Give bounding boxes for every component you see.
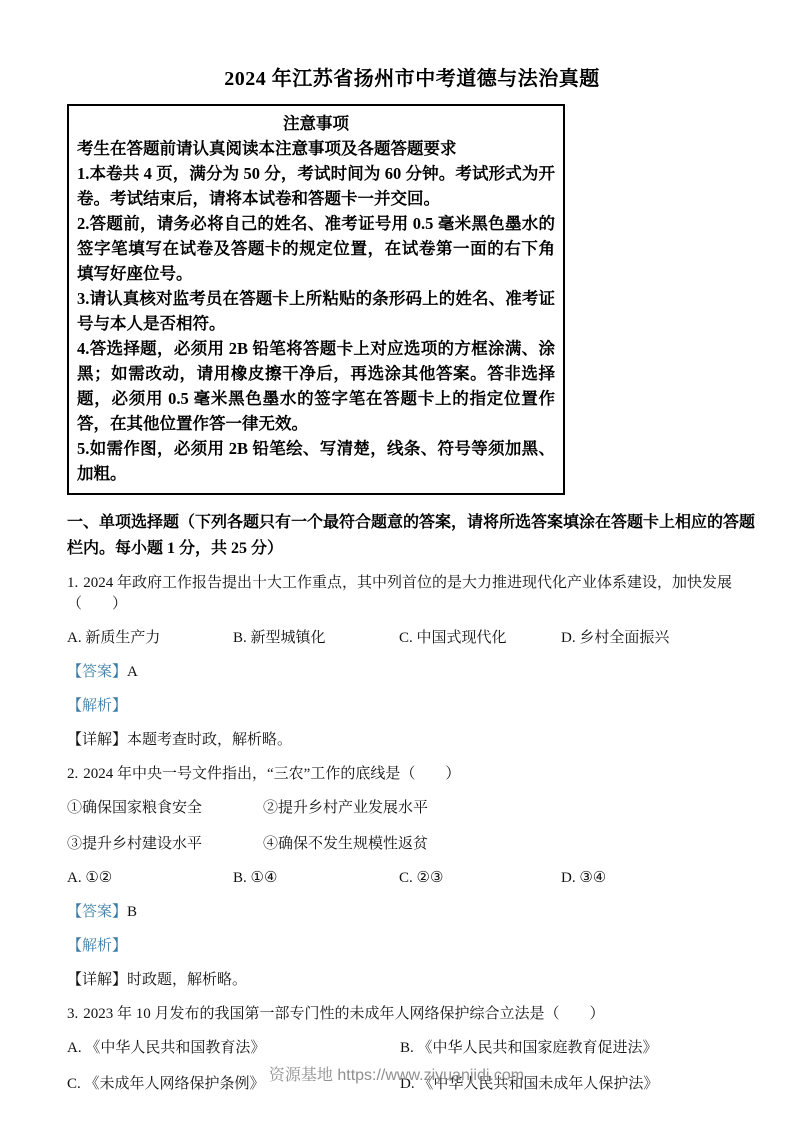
option-b: B. 《中华人民共和国家庭教育促进法》 [400, 1038, 757, 1059]
answer-label: 【答案】 [67, 904, 127, 920]
notice-item-4: 4.答选择题，必须用 2B 铅笔将答题卡上对应选项的方框涂满、涂黑；如需改动，请… [77, 336, 555, 436]
notice-box: 注意事项 考生在答题前请认真阅读本注意事项及各题答题要求 1.本卷共 4 页，满… [67, 104, 565, 495]
detail-text: 时政题，解析略。 [127, 972, 247, 988]
option-a: A. ①② [67, 868, 233, 889]
option-b: B. 新型城镇化 [233, 628, 399, 649]
notice-item-1: 1.本卷共 4 页，满分为 50 分，考试时间为 60 分钟。考试形式为开卷。考… [77, 161, 555, 211]
detail-label: 【详解】 [67, 732, 127, 748]
exam-page: 2024 年江苏省扬州市中考道德与法治真题 注意事项 考生在答题前请认真阅读本注… [0, 0, 793, 1095]
question-1: 1.2024 年政府工作报告提出十大工作重点，其中列首位的是大力推进现代化产业体… [67, 573, 757, 751]
question-2-number: 2. [67, 766, 78, 782]
option-c: C. ②③ [399, 868, 561, 889]
subitem-3: ③提升乡村建设水平 [67, 834, 263, 855]
question-3-text: 3.2023 年 10 月发布的我国第一部专门性的未成年人网络保护综合立法是（ … [67, 1004, 757, 1025]
section-heading: 一、单项选择题（下列各题只有一个最符合题意的答案，请将所选答案填涂在答题卡上相应… [67, 510, 757, 562]
answer-value: A [127, 664, 138, 680]
option-c: C. 中国式现代化 [399, 628, 561, 649]
notice-heading: 注意事项 [77, 111, 555, 136]
question-1-text: 1.2024 年政府工作报告提出十大工作重点，其中列首位的是大力推进现代化产业体… [67, 573, 757, 615]
subitem-2: ②提升乡村产业发展水平 [263, 798, 757, 819]
question-1-stem: 2024 年政府工作报告提出十大工作重点，其中列首位的是大力推进现代化产业体系建… [67, 575, 732, 612]
question-3-number: 3. [67, 1006, 78, 1022]
option-a: A. 新质生产力 [67, 628, 233, 649]
notice-item-2: 2.答题前，请务必将自己的姓名、准考证号用 0.5 毫米黑色墨水的签字笔填写在试… [77, 211, 555, 286]
question-2-answer-line: 【答案】B [67, 902, 757, 923]
detail-label: 【详解】 [67, 972, 127, 988]
question-1-detail-line: 【详解】本题考查时政，解析略。 [67, 730, 757, 751]
question-1-answer-line: 【答案】A [67, 662, 757, 683]
analysis-label: 【解析】 [67, 698, 127, 714]
question-3-stem: 2023 年 10 月发布的我国第一部专门性的未成年人网络保护综合立法是（ ） [83, 1006, 604, 1022]
subitem-1: ①确保国家粮食安全 [67, 798, 263, 819]
option-d: D. 乡村全面振兴 [561, 628, 757, 649]
detail-text: 本题考查时政，解析略。 [127, 732, 292, 748]
page-title: 2024 年江苏省扬州市中考道德与法治真题 [67, 62, 757, 91]
question-2-detail-line: 【详解】时政题，解析略。 [67, 970, 757, 991]
watermark-footer: 资源基地 https://www.ziyuanjidi.com [0, 1062, 793, 1085]
question-2-options: A. ①② B. ①④ C. ②③ D. ③④ [67, 868, 757, 889]
option-a: A. 《中华人民共和国教育法》 [67, 1038, 400, 1059]
question-1-options: A. 新质生产力 B. 新型城镇化 C. 中国式现代化 D. 乡村全面振兴 [67, 628, 757, 649]
option-d: D. ③④ [561, 868, 757, 889]
notice-intro: 考生在答题前请认真阅读本注意事项及各题答题要求 [77, 136, 555, 161]
question-2-analysis-line: 【解析】 [67, 936, 757, 957]
answer-value: B [127, 904, 137, 920]
question-1-analysis-line: 【解析】 [67, 696, 757, 717]
notice-item-3: 3.请认真核对监考员在答题卡上所粘贴的条形码上的姓名、准考证号与本人是否相符。 [77, 286, 555, 336]
subitem-4: ④确保不发生规模性返贫 [263, 834, 757, 855]
question-2-text: 2.2024 年中央一号文件指出，“三农”工作的底线是（ ） [67, 764, 757, 785]
question-2-subitems: ①确保国家粮食安全 ②提升乡村产业发展水平 ③提升乡村建设水平 ④确保不发生规模… [67, 798, 757, 855]
analysis-label: 【解析】 [67, 938, 127, 954]
question-2-stem: 2024 年中央一号文件指出，“三农”工作的底线是（ ） [83, 766, 460, 782]
question-2: 2.2024 年中央一号文件指出，“三农”工作的底线是（ ） ①确保国家粮食安全… [67, 764, 757, 991]
option-b: B. ①④ [233, 868, 399, 889]
question-1-number: 1. [67, 575, 78, 591]
notice-item-5: 5.如需作图，必须用 2B 铅笔绘、写清楚，线条、符号等须加黑、加粗。 [77, 436, 555, 486]
answer-label: 【答案】 [67, 664, 127, 680]
